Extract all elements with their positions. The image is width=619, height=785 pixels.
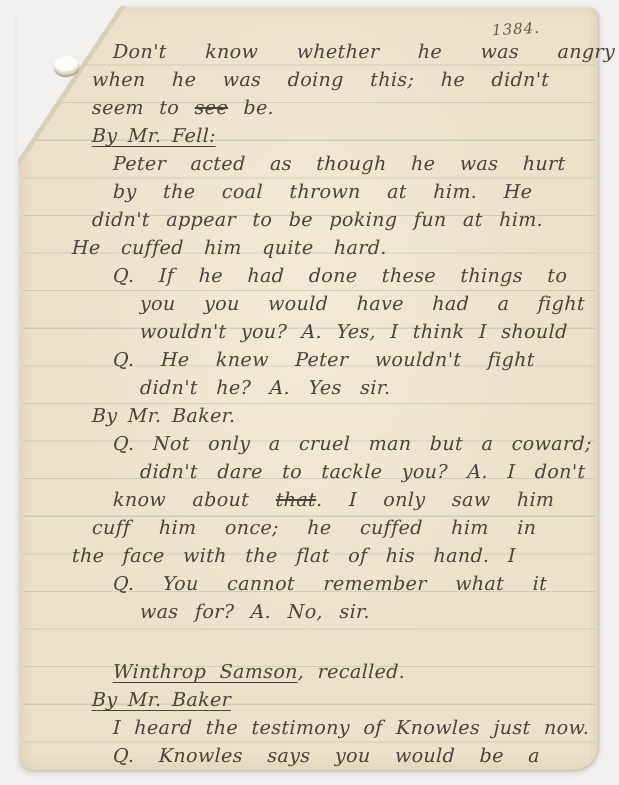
- text-segment: By Mr. Baker.: [92, 405, 236, 427]
- text-segment: didn't dare to tackle you? A. I don't: [140, 461, 586, 483]
- text-segment: Q. Knowles says you would be a: [113, 745, 541, 767]
- handwritten-line: know about that. I only saw him: [20, 486, 591, 514]
- handwritten-line: didn't dare to tackle you? A. I don't: [20, 458, 591, 486]
- handwritten-line: He cuffed him quite hard.: [20, 234, 591, 262]
- handwritten-line: didn't he? A. Yes sir.: [20, 374, 591, 402]
- text-segment: Q. You cannot remember what it: [113, 573, 548, 595]
- text-segment: you you would have had a fight: [140, 293, 586, 315]
- struck-text: see: [194, 97, 228, 119]
- text-segment: . I only saw him: [316, 489, 555, 511]
- text-segment: Q. If he had done these things to: [113, 265, 568, 287]
- text-segment: be.: [228, 97, 275, 119]
- handwritten-line: By Mr. Fell:: [20, 122, 591, 150]
- handwritten-text: Don't know whether he was angrywhen he w…: [20, 38, 590, 770]
- handwritten-line: when he was doing this; he didn't: [20, 66, 591, 94]
- scan-background: 1384. Don't know whether he was angrywhe…: [0, 0, 619, 785]
- text-segment: He cuffed him quite hard.: [72, 237, 388, 259]
- text-segment: Q. He knew Peter wouldn't fight: [113, 349, 536, 371]
- handwritten-line: By Mr. Baker: [20, 686, 591, 714]
- handwritten-line: wouldn't you? A. Yes, I think I should: [20, 318, 591, 346]
- handwritten-line: was for? A. No, sir.: [20, 598, 591, 626]
- handwritten-line: the face with the flat of his hand. I: [20, 542, 591, 570]
- handwritten-line: Winthrop Samson, recalled.: [20, 658, 591, 686]
- scanned-page: 1384. Don't know whether he was angrywhe…: [20, 8, 598, 770]
- handwritten-line: Q. Knowles says you would be a: [20, 742, 591, 770]
- handwritten-line: By Mr. Baker.: [20, 402, 591, 430]
- underlined-text: By Mr. Baker: [92, 689, 232, 711]
- text-segment: the face with the flat of his hand. I: [72, 545, 517, 567]
- text-segment: , recalled.: [298, 661, 406, 683]
- handwritten-line: Q. You cannot remember what it: [20, 570, 591, 598]
- struck-text: that: [275, 489, 316, 511]
- handwritten-line: Q. If he had done these things to: [20, 262, 591, 290]
- text-segment: seem to: [92, 97, 195, 119]
- text-segment: I heard the testimony of Knowles just no…: [113, 717, 590, 739]
- handwritten-line: Peter acted as though he was hurt: [20, 150, 591, 178]
- handwritten-line: cuff him once; he cuffed him in: [20, 514, 591, 542]
- page-number: 1384.: [492, 19, 541, 39]
- handwritten-line: you you would have had a fight: [20, 290, 591, 318]
- text-segment: Peter acted as though he was hurt: [113, 153, 566, 175]
- handwritten-line: I heard the testimony of Knowles just no…: [20, 714, 591, 742]
- handwritten-line: didn't appear to be poking fun at him.: [20, 206, 591, 234]
- text-segment: cuff him once; he cuffed him in: [92, 517, 537, 539]
- text-segment: didn't he? A. Yes sir.: [140, 377, 391, 399]
- underlined-text: By Mr. Fell:: [92, 125, 217, 147]
- handwritten-line: by the coal thrown at him. He: [20, 178, 591, 206]
- text-segment: wouldn't you? A. Yes, I think I should: [140, 321, 568, 343]
- handwritten-line: Q. Not only a cruel man but a coward;: [20, 430, 591, 458]
- text-segment: when he was doing this; he didn't: [92, 69, 550, 91]
- text-segment: know about: [113, 489, 277, 511]
- handwritten-line: seem to see be.: [20, 94, 591, 122]
- text-segment: was for? A. No, sir.: [140, 601, 371, 623]
- handwritten-line: Don't know whether he was angry: [20, 38, 591, 66]
- text-segment: by the coal thrown at him. He: [113, 181, 533, 203]
- text-segment: Q. Not only a cruel man but a coward;: [113, 433, 593, 455]
- text-segment: Don't know whether he was angry: [113, 41, 616, 63]
- handwritten-line: Q. He knew Peter wouldn't fight: [20, 346, 591, 374]
- underlined-text: Winthrop Samson: [113, 661, 299, 683]
- text-segment: didn't appear to be poking fun at him.: [92, 209, 544, 231]
